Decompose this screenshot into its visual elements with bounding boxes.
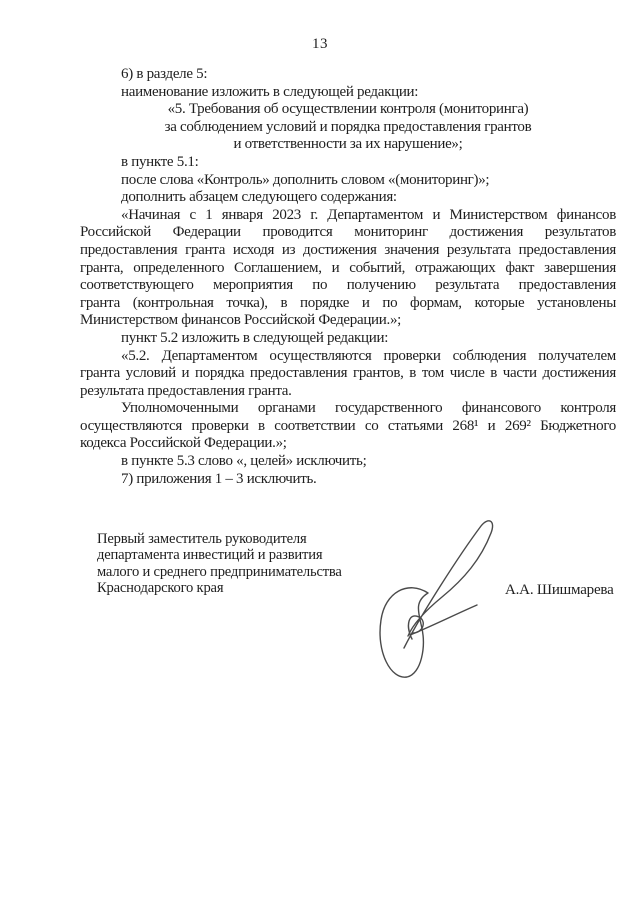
signatory-name: А.А. Шишмарева	[505, 582, 614, 599]
doc-line: осуществляются проверки в соответствии с…	[80, 418, 616, 436]
doc-line: соответствующего мероприятия по получени…	[80, 277, 616, 295]
doc-line: за соблюдением условий и порядка предост…	[80, 119, 616, 137]
doc-line: и ответственности за их нарушение»;	[80, 136, 616, 154]
doc-line: после слова «Контроль» дополнить словом …	[80, 172, 616, 190]
doc-line: гранта (контрольная точка), в порядке и …	[80, 295, 616, 313]
doc-line: 6) в разделе 5:	[80, 66, 616, 84]
signatory-title: Первый заместитель руководителя департам…	[97, 531, 342, 596]
signatory-title-line: Первый заместитель руководителя	[97, 531, 342, 547]
signatory-title-line: Краснодарского края	[97, 580, 342, 596]
doc-line: «5.2. Департаментом осуществляются прове…	[80, 348, 616, 366]
doc-line: в пункте 5.3 слово «, целей» исключить;	[80, 453, 616, 471]
signatory-title-line: департамента инвестиций и развития	[97, 547, 342, 563]
doc-line: в пункте 5.1:	[80, 154, 616, 172]
doc-line: наименование изложить в следующей редакц…	[80, 84, 616, 102]
doc-line: результата предоставления гранта.	[80, 383, 616, 401]
doc-line: пункт 5.2 изложить в следующей редакции:	[80, 330, 616, 348]
doc-line: предоставления гранта исходя из достижен…	[80, 242, 616, 260]
doc-line: кодекса Российской Федерации.»;	[80, 435, 616, 453]
doc-line: Российской Федерации проводится монитори…	[80, 224, 616, 242]
doc-line: гранта условий и порядка предоставления …	[80, 365, 616, 383]
doc-line: Уполномоченными органами государственног…	[80, 400, 616, 418]
doc-line: дополнить абзацем следующего содержания:	[80, 189, 616, 207]
doc-line: Министерством финансов Российской Федера…	[80, 312, 616, 330]
doc-line: «Начиная с 1 января 2023 г. Департаменто…	[80, 207, 616, 225]
doc-line: гранта, определенного Соглашением, и соб…	[80, 260, 616, 278]
page-number: 13	[0, 36, 640, 53]
document-page: 13 6) в разделе 5: наименование изложить…	[0, 0, 640, 905]
signatory-title-line: малого и среднего предпринимательства	[97, 564, 342, 580]
doc-line: «5. Требования об осуществлении контроля…	[80, 101, 616, 119]
document-body: 6) в разделе 5: наименование изложить в …	[80, 66, 616, 488]
doc-line: 7) приложения 1 – 3 исключить.	[80, 471, 616, 489]
handwritten-signature	[368, 508, 513, 688]
